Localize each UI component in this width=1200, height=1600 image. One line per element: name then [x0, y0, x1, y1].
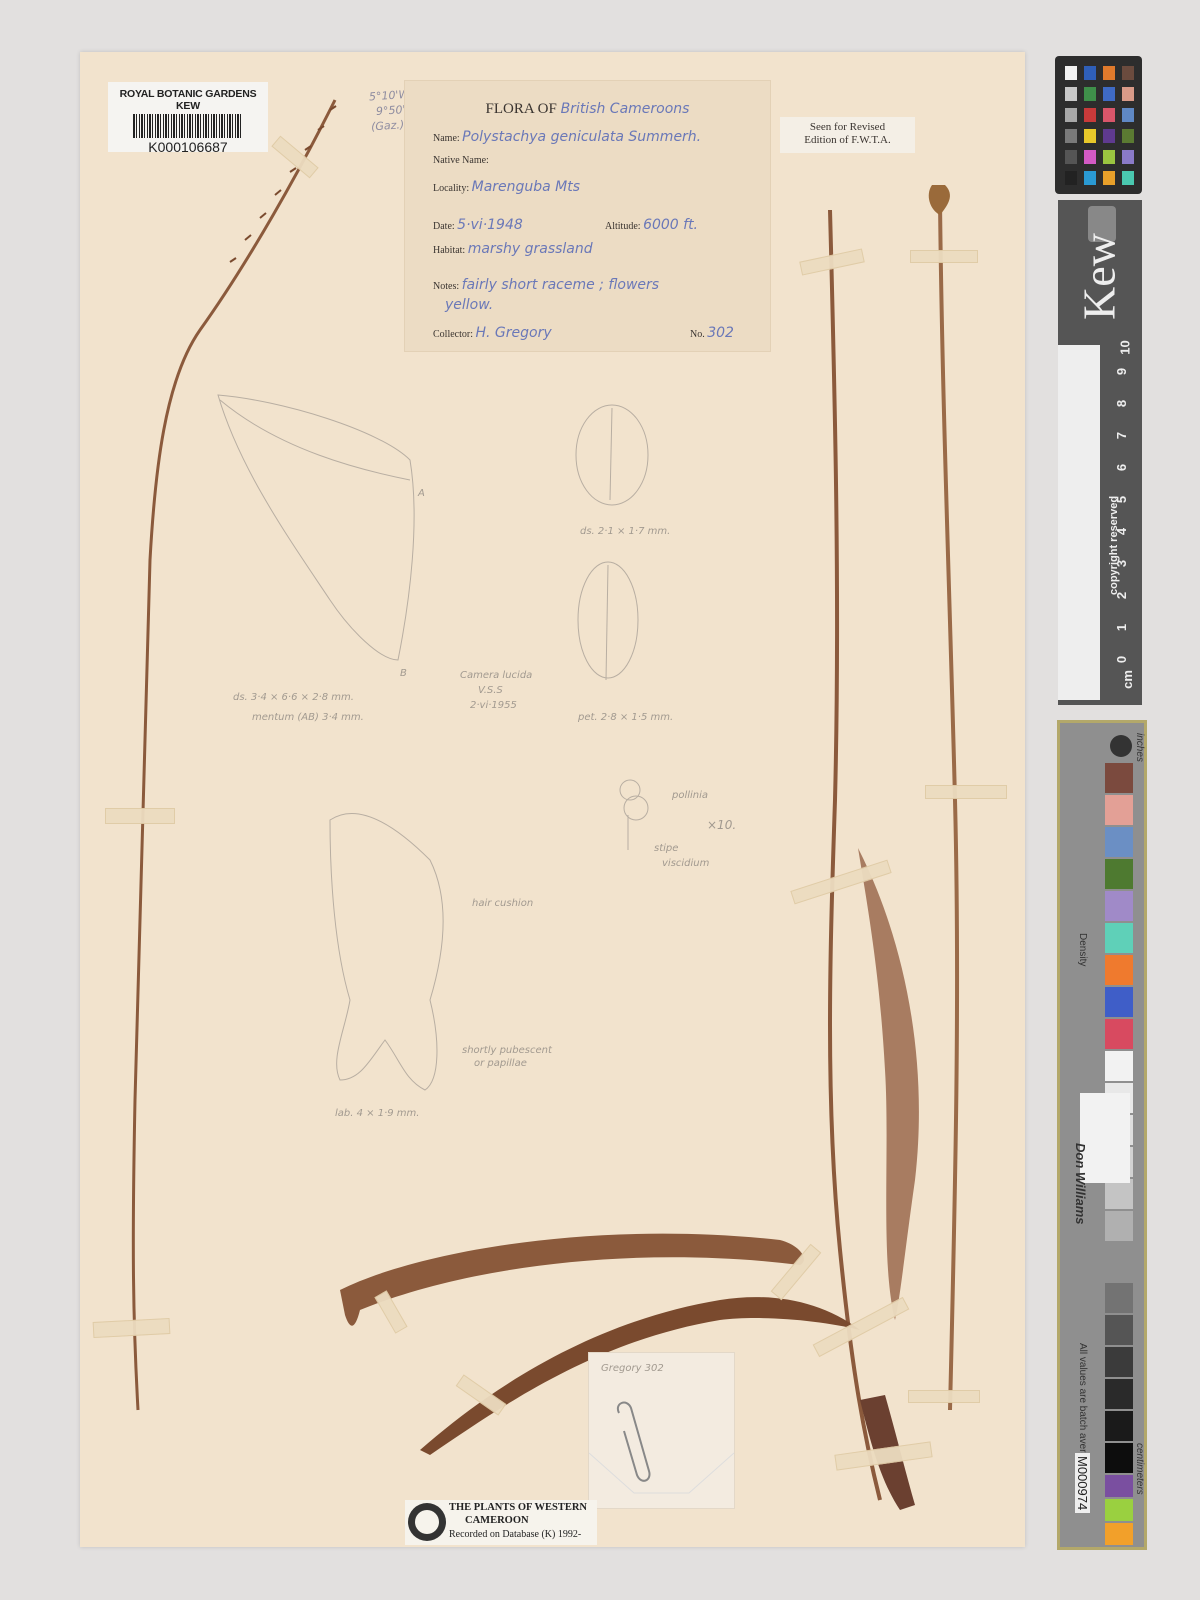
- darwin-initiative-logo-icon: [408, 1503, 446, 1541]
- hair-cushion-label: hair cushion: [472, 898, 533, 909]
- altitude-value: 6000 ft.: [643, 217, 698, 233]
- number-value: 302: [707, 325, 734, 341]
- color-swatch: [1065, 66, 1077, 80]
- point-b: B: [400, 668, 407, 679]
- name-label: Name:: [433, 133, 460, 144]
- tape-strip: [908, 1390, 980, 1403]
- habitat-label: Habitat:: [433, 245, 465, 256]
- date-row: Date: 5·vi·1948: [433, 217, 523, 233]
- notes-value-2: yellow.: [445, 297, 493, 313]
- copyright-text: copyright reserved: [1108, 496, 1120, 595]
- locality-value: Marenguba Mts: [472, 179, 580, 195]
- label-header: FLORA OF British Cameroons: [405, 101, 770, 118]
- sketch-date: 2·vi·1955: [470, 700, 517, 711]
- color-swatch: [1103, 87, 1115, 101]
- flora-of-text: FLORA OF: [486, 101, 557, 117]
- locality-row: Locality: Marenguba Mts: [433, 179, 580, 195]
- color-checker-card: [1055, 56, 1142, 194]
- color-swatch: [1103, 150, 1115, 164]
- color-swatch: [1103, 108, 1115, 122]
- collector-row: Collector: H. Gregory: [433, 325, 552, 341]
- magnification-label: ×10.: [707, 818, 736, 832]
- altitude-row: Altitude: 6000 ft.: [605, 217, 698, 233]
- seen-note: Seen for Revised Edition of F.W.T.A.: [780, 117, 915, 153]
- tape-strip: [910, 250, 978, 263]
- darwin-label: THE PLANTS OF WESTERN CAMEROON Recorded …: [405, 1500, 597, 1545]
- color-swatch: [1122, 87, 1134, 101]
- stipe-label: stipe: [654, 843, 678, 854]
- petal-dimensions: pet. 2·8 × 1·5 mm.: [578, 712, 673, 723]
- pollinia-label: pollinia: [672, 790, 708, 801]
- notes-value: fairly short raceme ; flowers: [462, 277, 659, 293]
- scale-ruler: [1058, 345, 1100, 700]
- dorsal-sepal-dimensions: ds. 2·1 × 1·7 mm.: [580, 526, 670, 537]
- viscidium-label: viscidium: [662, 858, 709, 869]
- illustrator-initials: V.S.S: [478, 685, 503, 696]
- tick-10: 10: [1118, 340, 1133, 354]
- color-swatch: [1084, 171, 1096, 185]
- color-swatch: [1084, 87, 1096, 101]
- collection-label: FLORA OF British Cameroons Name: Polysta…: [404, 80, 771, 352]
- kew-scale-bar: Kew copyright reserved cm 0 1 2 3 4 5 6 …: [1058, 200, 1142, 705]
- darwin-title-1: THE PLANTS OF WESTERN: [449, 1502, 587, 1513]
- color-swatch: [1122, 150, 1134, 164]
- locality-label: Locality:: [433, 183, 469, 194]
- habitat-row: Habitat: marshy grassland: [433, 241, 593, 257]
- tick-4: 4: [1114, 528, 1129, 535]
- color-swatch: [1065, 150, 1077, 164]
- color-swatch: [1103, 171, 1115, 185]
- tick-0: 0: [1114, 656, 1129, 663]
- color-swatch: [1122, 66, 1134, 80]
- date-label: Date:: [433, 221, 455, 232]
- color-swatch: [1122, 171, 1134, 185]
- habitat-value: marshy grassland: [468, 241, 593, 257]
- tick-8: 8: [1114, 400, 1129, 407]
- centimeters-label: centimeters: [1134, 1443, 1145, 1495]
- sepal-mentum: mentum (AB) 3·4 mm.: [252, 712, 364, 723]
- tick-1: 1: [1114, 624, 1129, 631]
- density-label: Density: [1077, 933, 1088, 966]
- pubescent-label: shortly pubescent: [462, 1045, 552, 1056]
- collector-value: H. Gregory: [476, 325, 552, 341]
- flora-region: British Cameroons: [561, 101, 690, 117]
- point-a: A: [418, 488, 425, 499]
- seen-line-1: Seen for Revised: [780, 121, 915, 134]
- brand-label: Don Williams: [1073, 1143, 1088, 1225]
- lip-dimensions: lab. 4 × 1·9 mm.: [335, 1108, 419, 1119]
- tick-2: 2: [1114, 592, 1129, 599]
- color-swatch: [1084, 66, 1096, 80]
- notes-row: Notes: fairly short raceme ; flowers: [433, 277, 659, 293]
- color-swatch: [1065, 108, 1077, 122]
- altitude-label: Altitude:: [605, 221, 641, 232]
- tick-7: 7: [1114, 432, 1129, 439]
- native-name-label: Native Name:: [433, 155, 489, 166]
- color-swatch: [1065, 129, 1077, 143]
- seen-line-2: Edition of F.W.T.A.: [780, 134, 915, 147]
- collector-label: Collector:: [433, 329, 473, 340]
- registration-dot-icon: [1110, 735, 1132, 757]
- color-swatch: [1103, 66, 1115, 80]
- tick-3: 3: [1114, 560, 1129, 567]
- tape-strip: [925, 785, 1007, 799]
- darwin-subtitle: Recorded on Database (K) 1992-: [449, 1529, 581, 1540]
- notes-row-2: yellow.: [445, 297, 493, 313]
- color-swatch: [1065, 87, 1077, 101]
- tick-9: 9: [1114, 368, 1129, 375]
- card-id: M000974: [1075, 1453, 1090, 1513]
- color-reference-strip: inches Density Don Williams All values a…: [1057, 720, 1147, 1550]
- inches-label: inches: [1134, 733, 1145, 762]
- tape-strip: [105, 808, 175, 824]
- color-swatch: [1084, 108, 1096, 122]
- kew-logo: Kew: [1073, 222, 1126, 332]
- number-row: No. 302: [690, 325, 734, 341]
- unit-cm: cm: [1120, 670, 1135, 689]
- color-swatch: [1084, 129, 1096, 143]
- color-swatch: [1065, 171, 1077, 185]
- number-label: No.: [690, 329, 705, 340]
- native-name-row: Native Name:: [433, 155, 489, 166]
- color-swatch: [1122, 129, 1134, 143]
- tick-5: 5: [1114, 496, 1129, 503]
- papillae-label: or papillae: [474, 1058, 527, 1069]
- tick-6: 6: [1114, 464, 1129, 471]
- darwin-title-2: CAMEROON: [465, 1515, 529, 1526]
- sepal-dimensions: ds. 3·4 × 6·6 × 2·8 mm.: [233, 692, 354, 703]
- color-swatch: [1122, 108, 1134, 122]
- color-swatch: [1103, 129, 1115, 143]
- species-name: Polystachya geniculata Summerh.: [462, 129, 701, 145]
- notes-label: Notes:: [433, 281, 459, 292]
- color-swatch: [1084, 150, 1096, 164]
- name-row: Name: Polystachya geniculata Summerh.: [433, 129, 701, 145]
- date-value: 5·vi·1948: [457, 217, 523, 233]
- paperclip-icon: [589, 1353, 734, 1508]
- seed-packet: Gregory 302: [588, 1352, 735, 1509]
- camera-lucida-note: Camera lucida: [460, 670, 532, 681]
